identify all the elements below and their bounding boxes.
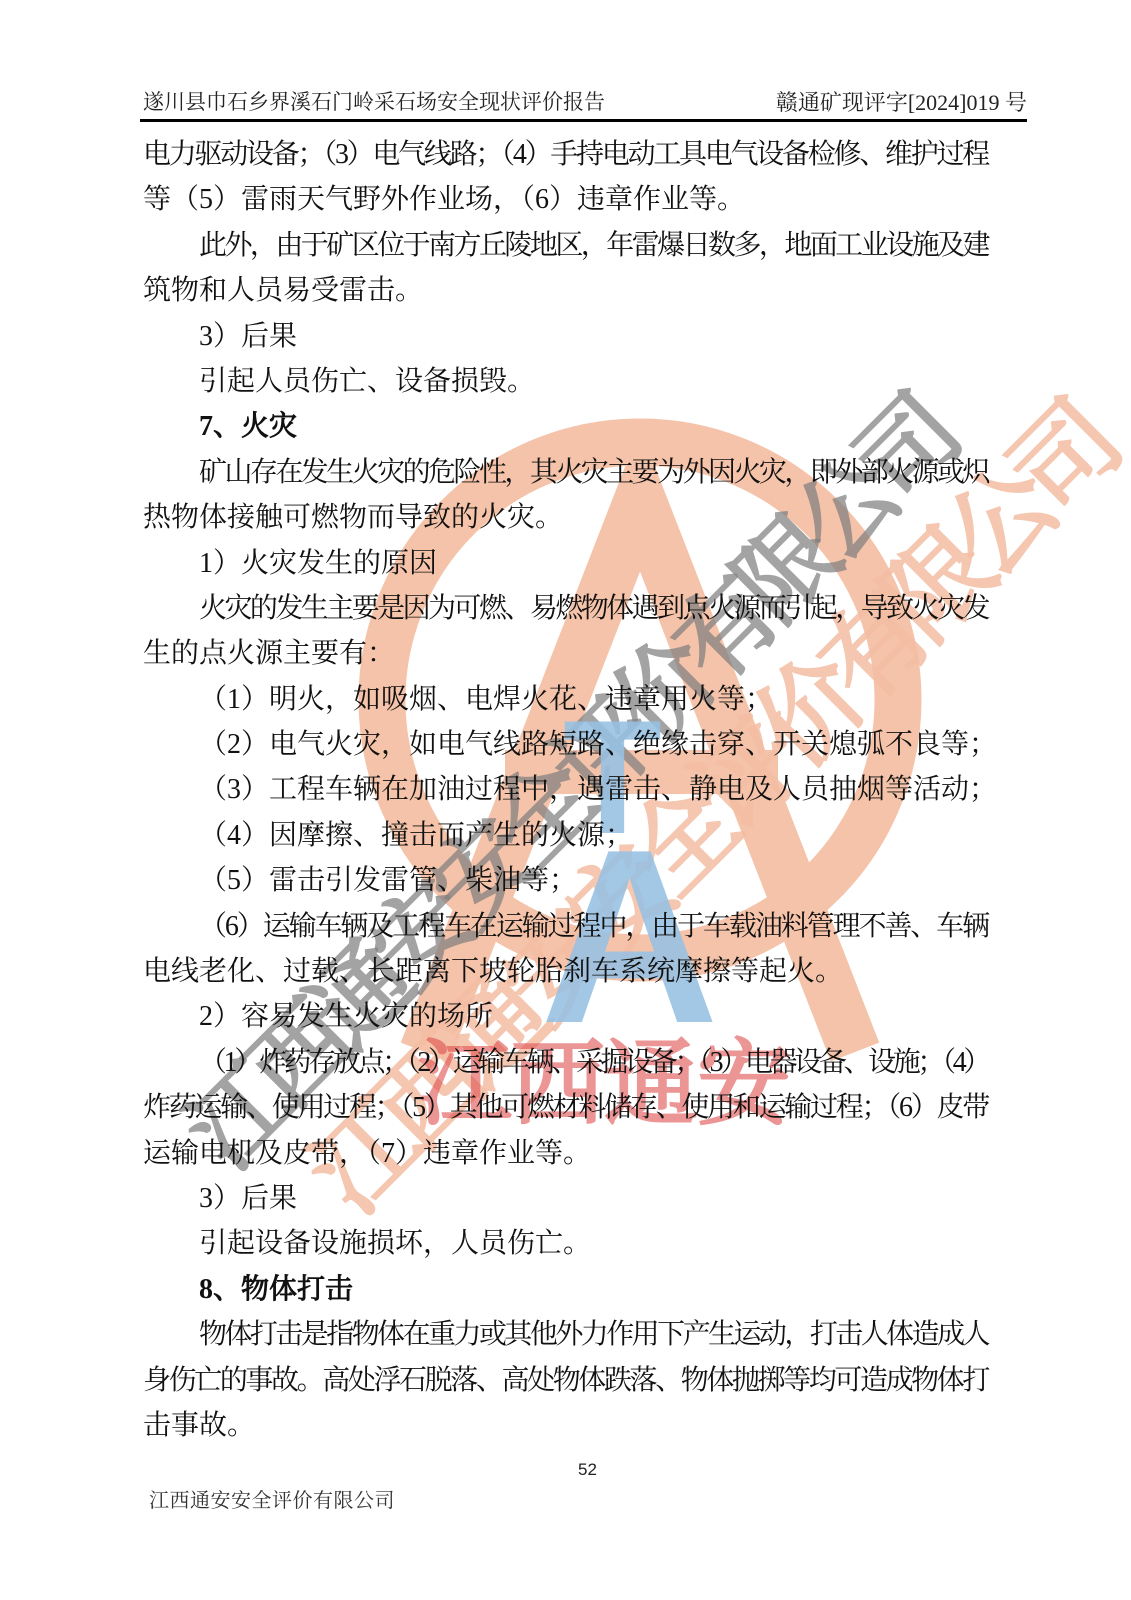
body-line: 矿山存在发生火灾的危险性，其火灾主要为外因火灾，即外部火源或炽 (143, 450, 988, 495)
body-line: 运输电机及皮带，（7）违章作业等。 (143, 1131, 988, 1176)
body-line: 身伤亡的事故。高处浮石脱落、高处物体跌落、物体抛掷等均可造成物体打 (143, 1358, 988, 1403)
body-line: 此外，由于矿区位于南方丘陵地区，年雷爆日数多，地面工业设施及建 (143, 223, 988, 268)
header-doc-number: 赣通矿现评字[2024]019 号 (776, 86, 1027, 117)
header-report-title: 遂川县巾石乡界溪石门岭采石场安全现状评价报告 (143, 86, 605, 116)
body-line: 3）后果 (143, 1176, 988, 1221)
body-line: 3）后果 (143, 314, 988, 359)
body-line: 热物体接触可燃物而导致的火灾。 (143, 495, 988, 540)
body-line: （4）因摩擦、撞击而产生的火源； (143, 813, 988, 858)
body-line: 炸药运输、使用过程；（5）其他可燃材料储存、使用和运输过程；（6）皮带 (143, 1085, 988, 1130)
body-line: 物体打击是指物体在重力或其他外力作用下产生运动，打击人体造成人 (143, 1312, 988, 1357)
body-line: 引起人员伤亡、设备损毁。 (143, 359, 988, 404)
body-line: 筑物和人员易受雷击。 (143, 268, 988, 313)
body-line: （3）工程车辆在加油过程中，遇雷击、静电及人员抽烟等活动； (143, 767, 988, 812)
body-line: 引起设备设施损坏，人员伤亡。 (143, 1221, 988, 1266)
footer-company: 江西通安安全评价有限公司 (149, 1484, 395, 1513)
body-line: （1）炸药存放点；（2）运输车辆、采掘设备；（3）电器设备、设施；（4） (143, 1040, 988, 1085)
body-line: （5）雷击引发雷管、柴油等； (143, 858, 988, 903)
body-line: 1）火灾发生的原因 (143, 541, 988, 586)
body-line: （6）运输车辆及工程车在运输过程中，由于车载油料管理不善、车辆 (143, 904, 988, 949)
body-line: 7、火灾 (143, 404, 988, 449)
body-line: 8、物体打击 (143, 1267, 988, 1312)
header-rule (140, 119, 1027, 122)
body-line: 2）容易发生火灾的场所 (143, 994, 988, 1039)
body-line: （1）明火，如吸烟、电焊火花、违章用火等； (143, 677, 988, 722)
page-number: 52 (578, 1460, 597, 1480)
document-page: { "header": { "title": "遂川县巾石乡界溪石门岭采石场安全… (0, 0, 1131, 1600)
body-line: 电线老化、过载、长距离下坡轮胎刹车系统摩擦等起火。 (143, 949, 988, 994)
body-line: 生的点火源主要有： (143, 631, 988, 676)
body-line: 火灾的发生主要是因为可燃、易燃物体遇到点火源而引起，导致火灾发 (143, 586, 988, 631)
body-text: 电力驱动设备；（3）电气线路；（4）手持电动工具电气设备检修、维护过程等（5）雷… (143, 132, 988, 1448)
body-line: 等（5）雷雨天气野外作业场，（6）违章作业等。 (143, 177, 988, 222)
body-line: 电力驱动设备；（3）电气线路；（4）手持电动工具电气设备检修、维护过程 (143, 132, 988, 177)
body-line: （2）电气火灾，如电气线路短路、绝缘击穿、开关熄弧不良等； (143, 722, 988, 767)
body-line: 击事故。 (143, 1403, 988, 1448)
